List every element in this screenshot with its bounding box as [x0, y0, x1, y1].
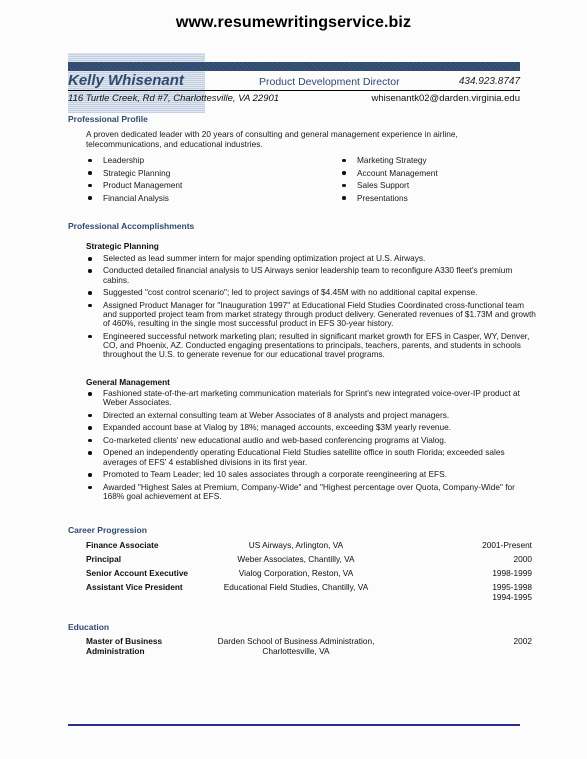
list-item-text: Marketing Strategy: [357, 155, 427, 165]
list-item: Account Management: [340, 167, 540, 180]
list-item: Directed an external consulting team at …: [86, 411, 536, 420]
school: Darden School of Business Administration…: [196, 636, 396, 656]
section-title-education: Education: [68, 622, 109, 632]
list-item: Co-marketed clients' new educational aud…: [86, 436, 536, 445]
list-item-text: Promoted to Team Leader; led 10 sales as…: [103, 469, 447, 479]
list-item-text: Awarded "Highest Sales at Premium, Compa…: [103, 482, 515, 501]
list-item: Suggested "cost control scenario"; led t…: [86, 288, 536, 297]
list-item-text: Leadership: [103, 155, 144, 165]
bullet-icon: [342, 171, 346, 175]
bullet-icon: [88, 473, 92, 477]
bullet-icon: [88, 304, 92, 308]
list-item-text: Sales Support: [357, 180, 409, 190]
profile-summary: A proven dedicated leader with 20 years …: [86, 129, 506, 149]
bullet-icon: [88, 335, 92, 339]
list-item-text: Strategic Planning: [103, 168, 170, 178]
footer-divider: [68, 724, 520, 726]
career-row: Finance AssociateUS Airways, Arlington, …: [86, 540, 532, 554]
bullet-icon: [88, 426, 92, 430]
list-item-text: Product Management: [103, 180, 182, 190]
career-date-range: 1998-1999: [492, 568, 532, 578]
address: 116 Turtle Creek, Rd #7, Charlottesville…: [68, 93, 279, 104]
bullet-icon: [342, 159, 346, 163]
section-title-profile: Professional Profile: [68, 114, 148, 124]
list-item-text: Suggested "cost control scenario"; led t…: [103, 287, 477, 297]
list-item: Presentations: [340, 192, 540, 205]
subheading-general-management: General Management: [86, 377, 170, 387]
career-table: Finance AssociateUS Airways, Arlington, …: [86, 540, 532, 596]
list-item: Sales Support: [340, 179, 540, 192]
list-item-text: Presentations: [357, 193, 408, 203]
list-item: Opened an independently operating Educat…: [86, 448, 536, 467]
skills-column-left: LeadershipStrategic PlanningProduct Mana…: [86, 154, 286, 204]
skills-column-right: Marketing StrategyAccount ManagementSale…: [340, 154, 540, 204]
career-date-range: 1995-1998: [492, 582, 532, 592]
bullet-icon: [342, 184, 346, 188]
list-item: Leadership: [86, 154, 286, 167]
section-title-career: Career Progression: [68, 525, 147, 535]
list-item: Promoted to Team Leader; led 10 sales as…: [86, 470, 536, 479]
list-item: Expanded account base at Vialog by 18%; …: [86, 423, 536, 432]
list-item-text: Opened an independently operating Educat…: [103, 447, 505, 466]
career-role: Principal: [86, 554, 121, 564]
candidate-name: Kelly Whisenant: [68, 72, 184, 89]
list-item-text: Co-marketed clients' new educational aud…: [103, 435, 446, 445]
bullet-icon: [342, 196, 346, 200]
graduation-year: 2002: [514, 636, 532, 646]
bullet-icon: [88, 451, 92, 455]
site-url: www.resumewritingservice.biz: [0, 14, 587, 32]
career-row: Assistant Vice PresidentEducational Fiel…: [86, 582, 532, 596]
school-line-1: Darden School of Business Administration…: [196, 636, 396, 646]
career-dates: 1998-1999: [492, 568, 532, 578]
career-row: PrincipalWeber Associates, Chantilly, VA…: [86, 554, 532, 568]
career-role: Finance Associate: [86, 540, 159, 550]
section-title-accomplishments: Professional Accomplishments: [68, 221, 194, 231]
list-item: Conducted detailed financial analysis to…: [86, 266, 536, 285]
list-item: Engineered successful network marketing …: [86, 332, 536, 360]
list-item-text: Account Management: [357, 168, 438, 178]
list-item: Marketing Strategy: [340, 154, 540, 167]
list-item: Selected as lead summer intern for major…: [86, 254, 536, 263]
email: whisenantk02@darden.virginia.edu: [371, 93, 520, 104]
subheading-strategic-planning: Strategic Planning: [86, 241, 159, 251]
bullet-icon: [88, 184, 92, 188]
list-item-text: Fashioned state-of-the-art marketing com…: [103, 388, 520, 407]
career-date-range-secondary: 1994-1995: [492, 592, 532, 602]
degree: Master of Business Administration: [86, 636, 196, 656]
bullet-icon: [88, 196, 92, 200]
list-item-text: Engineered successful network marketing …: [103, 331, 529, 360]
bullet-icon: [88, 159, 92, 163]
bullet-icon: [88, 257, 92, 261]
list-item: Fashioned state-of-the-art marketing com…: [86, 389, 536, 408]
bullet-icon: [88, 291, 92, 295]
career-row: Senior Account ExecutiveVialog Corporati…: [86, 568, 532, 582]
list-item: Product Management: [86, 179, 286, 192]
list-item: Financial Analysis: [86, 192, 286, 205]
list-item: Assigned Product Manager for "Inaugurati…: [86, 301, 536, 329]
school-line-2: Charlottesville, VA: [196, 646, 396, 656]
phone-number: 434.923.8747: [459, 76, 520, 87]
list-item: Awarded "Highest Sales at Premium, Compa…: [86, 483, 536, 502]
career-organization: Weber Associates, Chantilly, VA: [206, 554, 386, 564]
list-item-text: Expanded account base at Vialog by 18%; …: [103, 422, 451, 432]
career-role: Senior Account Executive: [86, 568, 188, 578]
career-dates: 1995-19981994-1995: [492, 582, 532, 602]
header-bar: [68, 62, 520, 71]
bullet-icon: [88, 414, 92, 418]
career-role: Assistant Vice President: [86, 582, 183, 592]
bullet-icon: [88, 392, 92, 396]
bullet-icon: [88, 171, 92, 175]
career-dates: 2001-Present: [482, 540, 532, 550]
career-organization: Vialog Corporation, Reston, VA: [206, 568, 386, 578]
bullet-icon: [88, 439, 92, 443]
list-item-text: Financial Analysis: [103, 193, 169, 203]
list-item-text: Conducted detailed financial analysis to…: [103, 265, 512, 284]
degree-line-2: Administration: [86, 646, 196, 656]
degree-line-1: Master of Business: [86, 636, 196, 646]
list-item-text: Directed an external consulting team at …: [103, 410, 449, 420]
career-date-range: 2000: [514, 554, 532, 564]
general-management-list: Fashioned state-of-the-art marketing com…: [86, 389, 536, 504]
list-item: Strategic Planning: [86, 167, 286, 180]
job-title: Product Development Director: [259, 76, 400, 88]
list-item-text: Selected as lead summer intern for major…: [103, 253, 425, 263]
career-date-range: 2001-Present: [482, 540, 532, 550]
bullet-icon: [88, 269, 92, 273]
bullet-icon: [88, 486, 92, 490]
strategic-planning-list: Selected as lead summer intern for major…: [86, 254, 536, 363]
career-dates: 2000: [514, 554, 532, 564]
header-divider: [68, 90, 520, 91]
list-item-text: Assigned Product Manager for "Inaugurati…: [103, 300, 536, 329]
career-organization: US Airways, Arlington, VA: [206, 540, 386, 550]
career-organization: Educational Field Studies, Chantilly, VA: [206, 582, 386, 592]
